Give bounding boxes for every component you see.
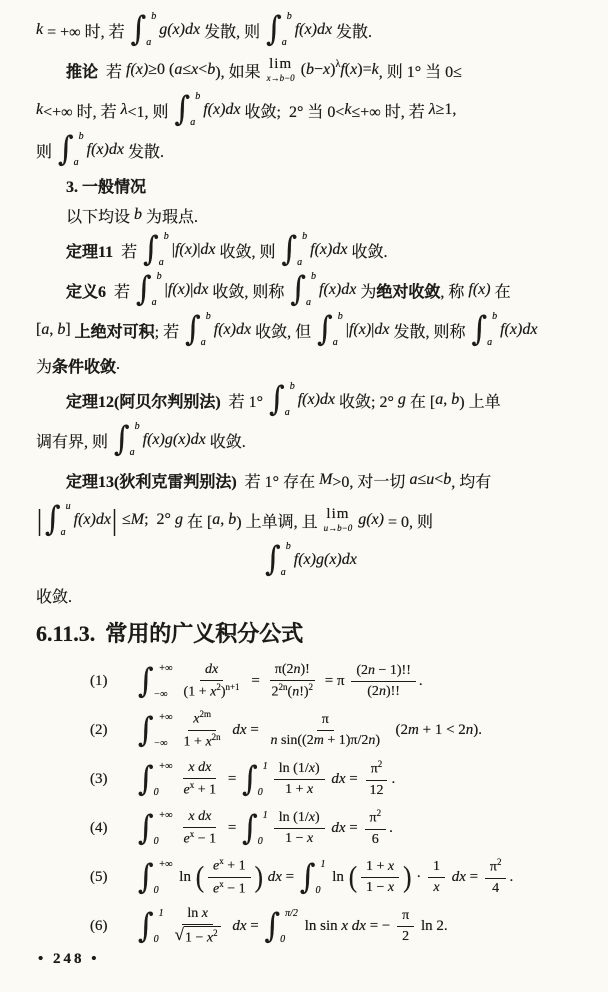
text-run: + 1 < 2 (419, 722, 466, 739)
superscript: 2 (213, 928, 218, 938)
integral-limits: +∞0 (155, 859, 173, 897)
fraction-numerator: 1 (428, 858, 445, 878)
text-run: . (392, 771, 396, 788)
integral-upper-limit: b (338, 312, 343, 322)
radical-icon: √ (175, 926, 184, 943)
fraction-denominator: 1 + x (280, 780, 318, 799)
book-page: k = +∞ 时, 若 ∫bag(x)dx 发散, 则 ∫baf(x)dx 发散… (0, 0, 608, 992)
big-delimiter: ) (255, 863, 263, 893)
text-run: 以下均设 (66, 204, 134, 227)
math-italic-run: x (307, 782, 313, 797)
fraction-numerator: π2 (365, 808, 387, 830)
superscript: 2 (377, 808, 382, 818)
integral-sign: ∫ba (136, 271, 162, 309)
fraction-numerator: π2 (366, 759, 388, 781)
integral-upper-limit: +∞ (159, 664, 173, 674)
integral-upper-limit: b (286, 542, 291, 552)
integral-upper-limit: +∞ (159, 762, 173, 772)
integral-limits: +∞−∞ (155, 663, 173, 701)
integral-limits: ba (191, 91, 200, 129)
fraction: 1x (428, 858, 445, 897)
integral-glyph: ∫ (114, 423, 130, 457)
integral-lower-limit: a (333, 338, 343, 348)
text-run: ln (1/ (279, 810, 309, 825)
integral-glyph: ∫ (290, 273, 306, 307)
text-run: (2 (356, 663, 368, 678)
fraction-denominator: 6 (367, 830, 384, 849)
integral-lower-limit: 0 (258, 788, 268, 798)
fraction-numerator: π(2n)! (270, 661, 315, 681)
text-line: [a, b] 上绝对可积; 若 ∫baf(x)dx 收敛, 但 ∫ba|f(x)… (36, 310, 584, 350)
text-run: 在 [ (183, 509, 212, 532)
text-run: )!! (386, 684, 400, 699)
integral-lower-limit: a (61, 528, 71, 538)
fraction-numerator: ln (1/x) (274, 809, 325, 829)
text-line: ∫baf(x)g(x)dx (36, 540, 584, 580)
integral-glyph: ∫ (269, 383, 285, 417)
text-run: + 1 (194, 783, 216, 798)
text-run: 1 + (285, 782, 307, 797)
text-run: = (346, 771, 362, 788)
math-italic-run: f(x)g(x)dx (143, 431, 206, 449)
integral-glyph: ∫ (282, 233, 298, 267)
integral-glyph: ∫ (242, 812, 258, 846)
superscript: 2n (279, 682, 288, 692)
math-italic-run: f(x) (175, 241, 197, 259)
text-run: 收敛, 则 (216, 239, 280, 262)
text-line: 推论 若 f(x)≥0 (a≤x<b), 如果 limx→b−0 (b−x)λf… (36, 50, 584, 90)
formula-row: (1)∫+∞−∞dx(1 + x2)n+1 = π(2n)!22n(n!)2 =… (90, 657, 584, 706)
integral-sign: ∫ba (290, 271, 316, 309)
bold-term: 定理12(阿贝尔判别法) (66, 389, 221, 412)
text-line: 则 ∫baf(x)dx 发散. (36, 130, 584, 170)
integral-glyph: ∫ (242, 763, 258, 797)
text-line: 调有界, 则 ∫baf(x)g(x)dx 收敛. (36, 420, 584, 460)
text-run: ) (375, 733, 380, 748)
text-line: 定理13(狄利克雷判别法) 若 1° 存在 M>0, 对一切 a≤u<b, 均有 (36, 460, 584, 500)
text-run: )! (300, 662, 309, 677)
big-delimiter: ) (403, 863, 411, 893)
math-italic-run: f(x) (168, 281, 190, 299)
superscript: 2 (309, 682, 314, 692)
math-italic-run: dx (200, 241, 215, 259)
text-run: = (282, 869, 298, 886)
text-line: k<+∞ 时, 若 λ<1, 则 ∫baf(x)dx 收敛; 2° 当 0<k≤… (36, 90, 584, 130)
text-run: ≥1, (436, 101, 457, 119)
text-run: 1 − (185, 931, 207, 946)
fraction-denominator: 2 (397, 927, 414, 946)
math-italic-run: x (202, 906, 208, 921)
integral-limits: ba (307, 271, 316, 309)
bold-term: 条件收敛 (52, 354, 116, 377)
text-run: 收敛; 2° (335, 389, 398, 412)
math-italic-run: f(x)dx (298, 391, 335, 409)
fraction-numerator: ln x (182, 905, 213, 925)
fraction-numerator: x dx (183, 759, 216, 779)
text-run: 1 − (366, 880, 388, 895)
fraction-denominator: 1 − x (280, 829, 318, 848)
integral-glyph: ∫ (138, 910, 154, 944)
integral-sign: ∫10 (242, 761, 268, 799)
text-run: 1 − (285, 831, 307, 846)
fraction: ln x√1 − x2 (170, 905, 226, 948)
text-run: . (419, 673, 423, 690)
fraction: (2n − 1)!!(2n)!! (351, 662, 416, 701)
limit-subscript: x→b−0 (267, 74, 295, 83)
fraction: dx(1 + x2)n+1 (179, 661, 245, 702)
integral-sign: ∫ba (471, 311, 497, 349)
text-line: 定理12(阿贝尔判别法) 若 1° ∫baf(x)dx 收敛; 2° g 在 [… (36, 380, 584, 420)
integral-glyph: ∫ (138, 763, 154, 797)
integral-lower-limit: a (282, 38, 292, 48)
big-delimiter: | (112, 505, 117, 535)
fraction-denominator: ex + 1 (179, 779, 222, 800)
fraction-denominator: 22n(n!)2 (267, 681, 319, 702)
fraction: πn sin((2m + 1)π/2n) (266, 711, 385, 750)
text-run: + 1 (224, 859, 246, 874)
formula-row: (4)∫+∞0x dxex − 1 = ∫10ln (1/x)1 − x dx … (90, 804, 584, 853)
fraction: π212 (365, 759, 389, 800)
math-italic-run: f(x)dx (295, 21, 332, 39)
superscript: 2n (212, 732, 221, 742)
integral-glyph: ∫ (266, 13, 282, 47)
integral-limits: 10 (155, 908, 164, 946)
fraction-denominator: 1 + x2n (179, 731, 226, 752)
math-italic-run: f(x)dx (310, 241, 347, 259)
integral-limits: 10 (317, 859, 326, 897)
text-run: 为 (36, 354, 52, 377)
text-run: ) 上单调, 且 (236, 509, 321, 532)
math-italic-run: dx (205, 662, 218, 677)
text-run: , 则 1° 当 0≤ (379, 59, 462, 82)
integral-lower-limit: −∞ (154, 690, 173, 700)
integral-lower-limit: 0 (154, 788, 173, 798)
integral-sign: ∫ba (265, 541, 291, 579)
text-run: 若 1° 存在 (237, 469, 319, 492)
text-run: 2 (272, 685, 279, 700)
math-italic-run: x dx (341, 918, 366, 935)
text-run: (1 + (184, 685, 211, 700)
integral-upper-limit: 1 (321, 860, 326, 870)
integral-upper-limit: b (302, 232, 307, 242)
integral-limits: ba (298, 231, 307, 269)
integral-lower-limit: a (306, 298, 316, 308)
text-run: sin((2 (278, 733, 314, 748)
math-italic-run: f(x) (126, 61, 148, 79)
math-italic-run: b (306, 61, 314, 79)
integral-glyph: ∫ (185, 313, 201, 347)
integral-sign: ∫10 (300, 859, 326, 897)
text-run: 收敛; 2° 当 0< (241, 99, 345, 122)
text-run: = (247, 918, 263, 935)
text-run: = − (366, 918, 394, 935)
text-line: 定义6 若 ∫ba|f(x)|dx 收敛, 则称 ∫baf(x)dx 为绝对收敛… (36, 270, 584, 310)
math-italic-run: dx (328, 771, 346, 788)
fraction: 1 + x1 − x (361, 858, 399, 897)
math-italic-run: f(x) (468, 281, 490, 299)
text-run: 若 (113, 239, 141, 262)
integral-glyph: ∫ (131, 13, 147, 47)
text-run: π (370, 811, 377, 826)
text-run: = (224, 820, 240, 837)
text-run: >0, 对一切 (332, 469, 409, 492)
text-run: 在 (491, 279, 511, 302)
formula-label: (4) (90, 820, 136, 837)
text-run: , 均有 (451, 469, 491, 492)
math-italic-run: n (379, 684, 386, 699)
integral-lower-limit: a (146, 38, 156, 48)
fraction: ex + 1ex − 1 (208, 856, 251, 899)
text-run: 发散. (332, 19, 372, 42)
text-run: < (198, 61, 207, 79)
fraction: π26 (365, 808, 387, 849)
fraction-numerator: ex + 1 (208, 856, 251, 878)
integral-upper-limit: u (66, 502, 71, 512)
math-italic-run: f(x)dx (319, 281, 356, 299)
text-run: 2 (402, 929, 409, 944)
integral-glyph: ∫ (175, 93, 191, 127)
text-run: 1 + (184, 735, 206, 750)
integral-limits: +∞0 (155, 810, 173, 848)
integral-sign: ∫+∞0 (138, 859, 173, 897)
fraction-denominator: x (428, 878, 444, 897)
text-run: = (247, 722, 263, 739)
fraction-denominator: (1 + x2)n+1 (179, 681, 245, 702)
text-run: !) (299, 685, 308, 700)
text-run: = (346, 820, 362, 837)
text-run: 收敛. (36, 584, 72, 607)
math-italic-run: f(x)dx (500, 321, 537, 339)
integral-limits: ba (283, 11, 292, 49)
math-italic-run: x (307, 831, 313, 846)
math-italic-run: dx (374, 321, 389, 339)
integral-sign: ∫ba (317, 311, 343, 349)
text-line: |∫uaf(x)dx| ≤M; 2° g 在 [a, b) 上单调, 且 lim… (36, 500, 584, 540)
text-run: . (389, 820, 393, 837)
formula-label: (6) (90, 918, 136, 935)
integral-limits: ba (334, 311, 343, 349)
integral-sign: ∫ba (143, 231, 169, 269)
integral-sign: ∫ba (131, 11, 157, 49)
bold-term: 定理11 (66, 239, 113, 262)
text-run: 4 (492, 881, 499, 896)
bold-term: 推论 (66, 59, 98, 82)
math-italic-run: g(x)dx (159, 21, 200, 39)
math-italic-run: dx (264, 869, 282, 886)
fraction-numerator: 1 + x (361, 858, 399, 878)
integral-glyph: ∫ (317, 313, 333, 347)
text-line: 定理11 若 ∫ba|f(x)|dx 收敛, 则 ∫baf(x)dx 收敛. (36, 230, 584, 270)
integral-lower-limit: a (152, 298, 162, 308)
text-run: . (116, 356, 120, 374)
integral-limits: ba (202, 311, 211, 349)
integral-limits: 10 (259, 761, 268, 799)
math-italic-run: x (433, 880, 439, 895)
math-italic-run: m (314, 733, 324, 748)
fraction-numerator: π2 (485, 857, 507, 879)
integral-glyph: ∫ (138, 665, 154, 699)
text-run: 则 (36, 139, 56, 162)
integral-lower-limit: −∞ (154, 739, 173, 749)
text-run: 收敛, 但 (251, 319, 315, 342)
integral-sign: ∫ba (266, 11, 292, 49)
math-italic-run: g (398, 391, 406, 409)
integral-upper-limit: 1 (159, 909, 164, 919)
fraction-numerator: π (397, 907, 414, 927)
integral-sign: ∫10 (138, 908, 164, 946)
text-run: · (412, 869, 425, 886)
text-run: ) (315, 810, 320, 825)
integral-limits: ba (286, 381, 295, 419)
math-italic-run: f(x)dx (74, 511, 111, 529)
math-italic-run: dx (229, 722, 247, 739)
text-run: 在 [ (406, 389, 435, 412)
text-run: ), 如果 (215, 59, 264, 82)
section-title: 常用的广义积分公式 (105, 617, 303, 648)
bold-term: 定义6 (66, 279, 106, 302)
text-run: 若 (98, 59, 126, 82)
text-run: 收敛. (347, 239, 387, 262)
fraction-denominator: ex − 1 (208, 878, 251, 899)
integral-limits: ba (75, 131, 84, 169)
integral-lower-limit: a (297, 258, 307, 268)
fraction-numerator: ln (1/x) (274, 760, 325, 780)
integral-upper-limit: π/2 (285, 909, 298, 919)
fraction-denominator: 1 − x (361, 878, 399, 897)
text-run: 为 (356, 279, 376, 302)
integral-upper-limit: 1 (263, 811, 268, 821)
integral-upper-limit: b (135, 422, 140, 432)
integral-limits: ba (131, 421, 140, 459)
math-italic-run: x dx (188, 809, 211, 824)
math-italic-run: g(x) (358, 511, 384, 529)
superscript: 2m (199, 709, 211, 719)
text-line: 为条件收敛. (36, 350, 584, 380)
integral-sign: ∫ua (45, 501, 71, 539)
fraction: ln (1/x)1 − x (274, 809, 325, 848)
text-run: 收敛, 则称 (208, 279, 288, 302)
text-run: + 1)π/2 (324, 733, 369, 748)
math-italic-run: λ (429, 101, 436, 119)
integral-sign: ∫+∞0 (138, 761, 173, 799)
text-run: π (322, 712, 329, 727)
math-italic-run: dx (229, 918, 247, 935)
text-run: 12 (370, 783, 384, 798)
superscript: n+1 (225, 682, 239, 692)
text-run: (2 (367, 684, 379, 699)
math-italic-run: x (388, 859, 394, 874)
math-italic-run: λ (121, 101, 128, 119)
math-italic-run: n (271, 733, 278, 748)
math-italic-run: n (368, 663, 375, 678)
text-run: π(2 (275, 662, 294, 677)
integral-upper-limit: b (290, 382, 295, 392)
formula-label: (5) (90, 869, 136, 886)
text-run: ≤+∞ 时, 若 (351, 99, 428, 122)
text-run: ≤ (417, 471, 426, 489)
math-italic-run: M (131, 511, 144, 529)
fraction-denominator: 12 (365, 781, 389, 800)
text-run: ] (65, 321, 74, 339)
math-italic-run: f(x)g(x)dx (294, 551, 357, 569)
text-run: ; 2° (144, 511, 175, 529)
big-delimiter: ( (196, 863, 204, 893)
text-run: 发散. (124, 139, 164, 162)
integral-upper-limit: 1 (263, 762, 268, 772)
fraction: π2 (397, 907, 414, 946)
integral-lower-limit: a (487, 338, 497, 348)
text-run: − 1 (194, 832, 216, 847)
integral-sign: ∫ba (58, 131, 84, 169)
integral-sign: ∫ba (282, 231, 308, 269)
integral-glyph: ∫ (143, 233, 159, 267)
big-delimiter: | (37, 505, 42, 535)
math-italic-run: f(x)dx (214, 321, 251, 339)
superscript: 2 (497, 857, 502, 867)
integral-sign: ∫ba (185, 311, 211, 349)
fraction-denominator: ex − 1 (179, 828, 222, 849)
integral-lower-limit: 0 (316, 886, 326, 896)
text-run: = (224, 771, 240, 788)
integral-upper-limit: +∞ (159, 713, 173, 723)
integral-lower-limit: 0 (280, 935, 298, 945)
text-run: ≥0 ( (148, 61, 174, 79)
integral-sign: ∫+∞−∞ (138, 663, 173, 701)
integral-lower-limit: 0 (258, 837, 268, 847)
text-run: − 1 (224, 882, 246, 897)
text-run: ) 上单 (459, 389, 500, 412)
text-run: <1, 则 (128, 99, 173, 122)
integral-upper-limit: b (79, 132, 84, 142)
text-run: 若 (106, 279, 134, 302)
text-run: π (402, 908, 409, 923)
formula-list: (1)∫+∞−∞dx(1 + x2)n+1 = π(2n)!22n(n!)2 =… (36, 657, 584, 951)
text-line: 以下均设 b 为瑕点. (36, 200, 584, 230)
formula-label: (2) (90, 722, 136, 739)
integral-upper-limit: b (151, 12, 156, 22)
formula-row: (6)∫10ln x√1 − x2 dx = ∫π/20 ln sin x dx… (90, 902, 584, 951)
limit-word: lim (269, 57, 292, 72)
fraction-denominator: n sin((2m + 1)π/2n) (266, 731, 385, 750)
text-run: ln 2. (417, 918, 447, 935)
section-number: 6.11.3. (36, 621, 95, 647)
fraction-numerator: x2m (188, 709, 216, 731)
integral-sign: ∫10 (242, 810, 268, 848)
text-run: 为瑕点. (142, 204, 198, 227)
integral-sign: ∫ba (114, 421, 140, 459)
text-run: ≤ (118, 511, 131, 529)
math-italic-run: g (175, 511, 183, 529)
text-run: ( (297, 61, 306, 79)
superscript: λ (335, 59, 340, 70)
formula-row: (3)∫+∞0x dxex + 1 = ∫10ln (1/x)1 + x dx … (90, 755, 584, 804)
fraction-denominator: 4 (487, 879, 504, 898)
math-italic-run: M (319, 471, 332, 489)
square-root: √1 − x2 (175, 926, 221, 948)
text-run: ln (187, 906, 201, 921)
math-italic-run: x (388, 880, 394, 895)
big-delimiter: ( (349, 863, 357, 893)
text-run: 6 (372, 832, 379, 847)
math-italic-run: dx (193, 281, 208, 299)
integral-limits: +∞0 (155, 761, 173, 799)
text-run: = +∞ 时, 若 (43, 19, 128, 42)
integral-glyph: ∫ (265, 543, 281, 577)
integral-limits: ba (147, 11, 156, 49)
section-heading: 6.11.3. 常用的广义积分公式 (36, 617, 584, 650)
fraction: π(2n)!22n(n!)2 (267, 661, 319, 702)
text-run: ln (1/ (279, 761, 309, 776)
